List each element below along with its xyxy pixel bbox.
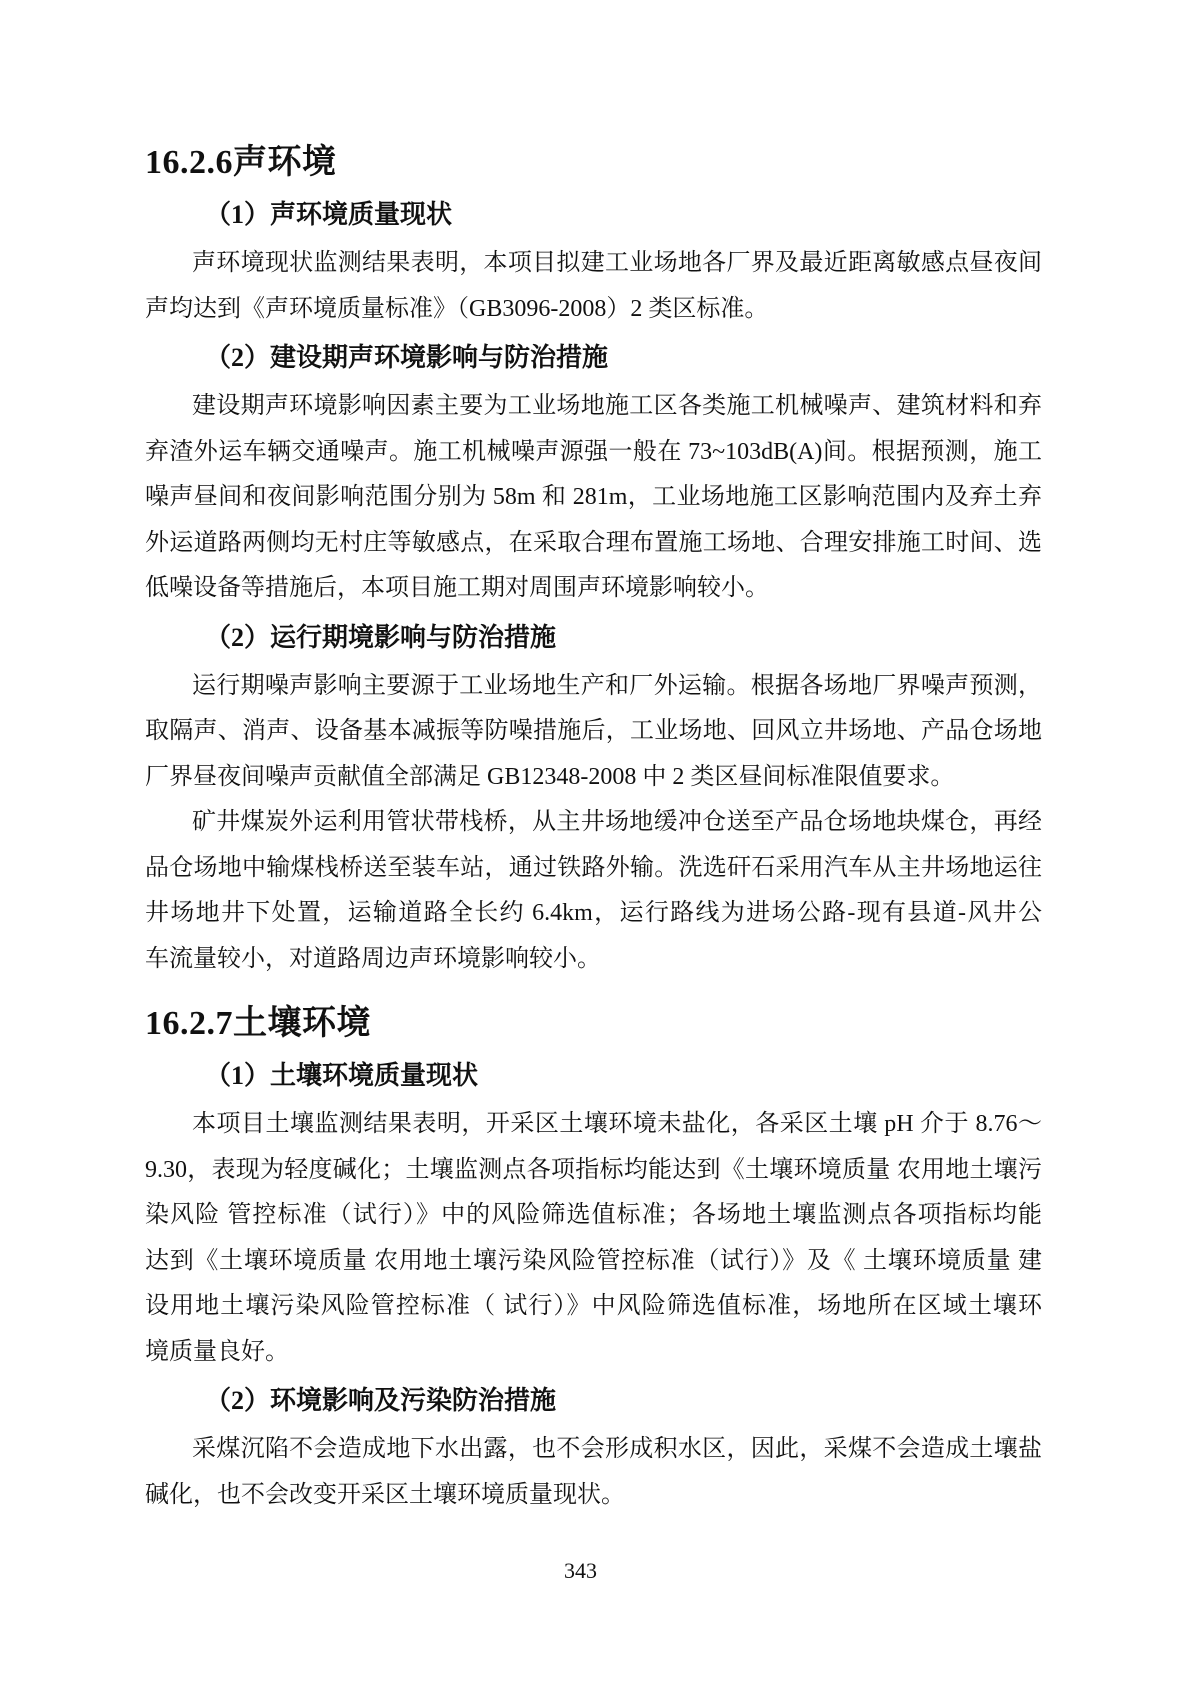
paragraph-line: 品仓场地中输煤栈桥送至装车站，通过铁路外输。洗选矸石采用汽车从主井场地运往风 [145,846,1042,892]
paragraph-line: 外运道路两侧均无村庄等敏感点，在采取合理布置施工场地、合理安排施工时间、选用 [145,521,1042,567]
paragraph-line: 井场地井下处置，运输道路全长约 6.4km，运行路线为进场公路-现有县道-风井公… [145,891,1042,937]
paragraph-line: 取隔声、消声、设备基本减振等防噪措施后，工业场地、回风立井场地、产品仓场地四 [145,709,1042,755]
paragraph-line: 声环境现状监测结果表明，本项目拟建工业场地各厂界及最近距离敏感点昼夜间噪 [145,241,1042,287]
page-footer: 343 [0,1556,1161,1586]
paragraph-line: 采煤沉陷不会造成地下水出露，也不会形成积水区，因此，采煤不会造成土壤盐 [145,1427,1042,1473]
paragraph-line: 碱化，也不会改变开采区土壤环境质量现状。 [145,1473,1042,1519]
paragraph: 本项目土壤监测结果表明，开采区土壤环境未盐化，各采区土壤 pH 介于 8.76～… [145,1102,1042,1375]
paragraph-line: 声均达到《声环境质量标准》（GB3096-2008）2 类区标准。 [145,287,1042,333]
paragraph-line: 9.30，表现为轻度碱化；土壤监测点各项指标均能达到《土壤环境质量 农用地土壤污 [145,1148,1042,1194]
subsection-heading: （1）土壤环境质量现状 [145,1050,1042,1102]
paragraph-line: 弃渣外运车辆交通噪声。施工机械噪声源强一般在 73~103dB(A)间。根据预测… [145,430,1042,476]
paragraph-line: 车流量较小，对道路周边声环境影响较小。 [145,937,1042,983]
paragraph-line: 本项目土壤监测结果表明，开采区土壤环境未盐化，各采区土壤 pH 介于 8.76～ [145,1102,1042,1148]
paragraph-line: 达到《土壤环境质量 农用地土壤污染风险管控标准（试行）》及《 土壤环境质量 建 [145,1239,1042,1285]
subsection-heading: （2）运行期境影响与防治措施 [145,612,1042,664]
paragraph-line: 低噪设备等措施后，本项目施工期对周围声环境影响较小。 [145,566,1042,612]
paragraph: 采煤沉陷不会造成地下水出露，也不会形成积水区，因此，采煤不会造成土壤盐碱化，也不… [145,1427,1042,1518]
document-content: 16.2.6声环境（1）声环境质量现状声环境现状监测结果表明，本项目拟建工业场地… [145,137,1042,1518]
paragraph-line: 矿井煤炭外运利用管状带栈桥，从主井场地缓冲仓送至产品仓场地块煤仓，再经产 [145,800,1042,846]
paragraph-line: 厂界昼夜间噪声贡献值全部满足 GB12348-2008 中 2 类区昼间标准限值… [145,755,1042,801]
subsection-heading: （2）环境影响及污染防治措施 [145,1375,1042,1427]
paragraph-line: 运行期噪声影响主要源于工业场地生产和厂外运输。根据各场地厂界噪声预测，采 [145,664,1042,710]
paragraph-line: 设用地土壤污染风险管控标准（ 试行）》中风险筛选值标准，场地所在区域土壤环 [145,1284,1042,1330]
paragraph-line: 境质量良好。 [145,1330,1042,1376]
section-heading: 16.2.6声环境 [145,137,1042,189]
section-heading: 16.2.7土壤环境 [145,998,1042,1050]
paragraph: 声环境现状监测结果表明，本项目拟建工业场地各厂界及最近距离敏感点昼夜间噪声均达到… [145,241,1042,332]
page-number: 343 [564,1558,597,1583]
subsection-heading: （1）声环境质量现状 [145,189,1042,241]
paragraph-line: 建设期声环境影响因素主要为工业场地施工区各类施工机械噪声、建筑材料和弃土 [145,384,1042,430]
subsection-heading: （2）建设期声环境影响与防治措施 [145,332,1042,384]
paragraph: 建设期声环境影响因素主要为工业场地施工区各类施工机械噪声、建筑材料和弃土弃渣外运… [145,384,1042,612]
paragraph-line: 噪声昼间和夜间影响范围分别为 58m 和 281m，工业场地施工区影响范围内及弃… [145,475,1042,521]
paragraph: 矿井煤炭外运利用管状带栈桥，从主井场地缓冲仓送至产品仓场地块煤仓，再经产品仓场地… [145,800,1042,982]
document-page: 16.2.6声环境（1）声环境质量现状声环境现状监测结果表明，本项目拟建工业场地… [0,0,1199,1696]
paragraph: 运行期噪声影响主要源于工业场地生产和厂外运输。根据各场地厂界噪声预测，采取隔声、… [145,664,1042,801]
paragraph-line: 染风险 管控标准（试行）》中的风险筛选值标准；各场地土壤监测点各项指标均能 [145,1193,1042,1239]
